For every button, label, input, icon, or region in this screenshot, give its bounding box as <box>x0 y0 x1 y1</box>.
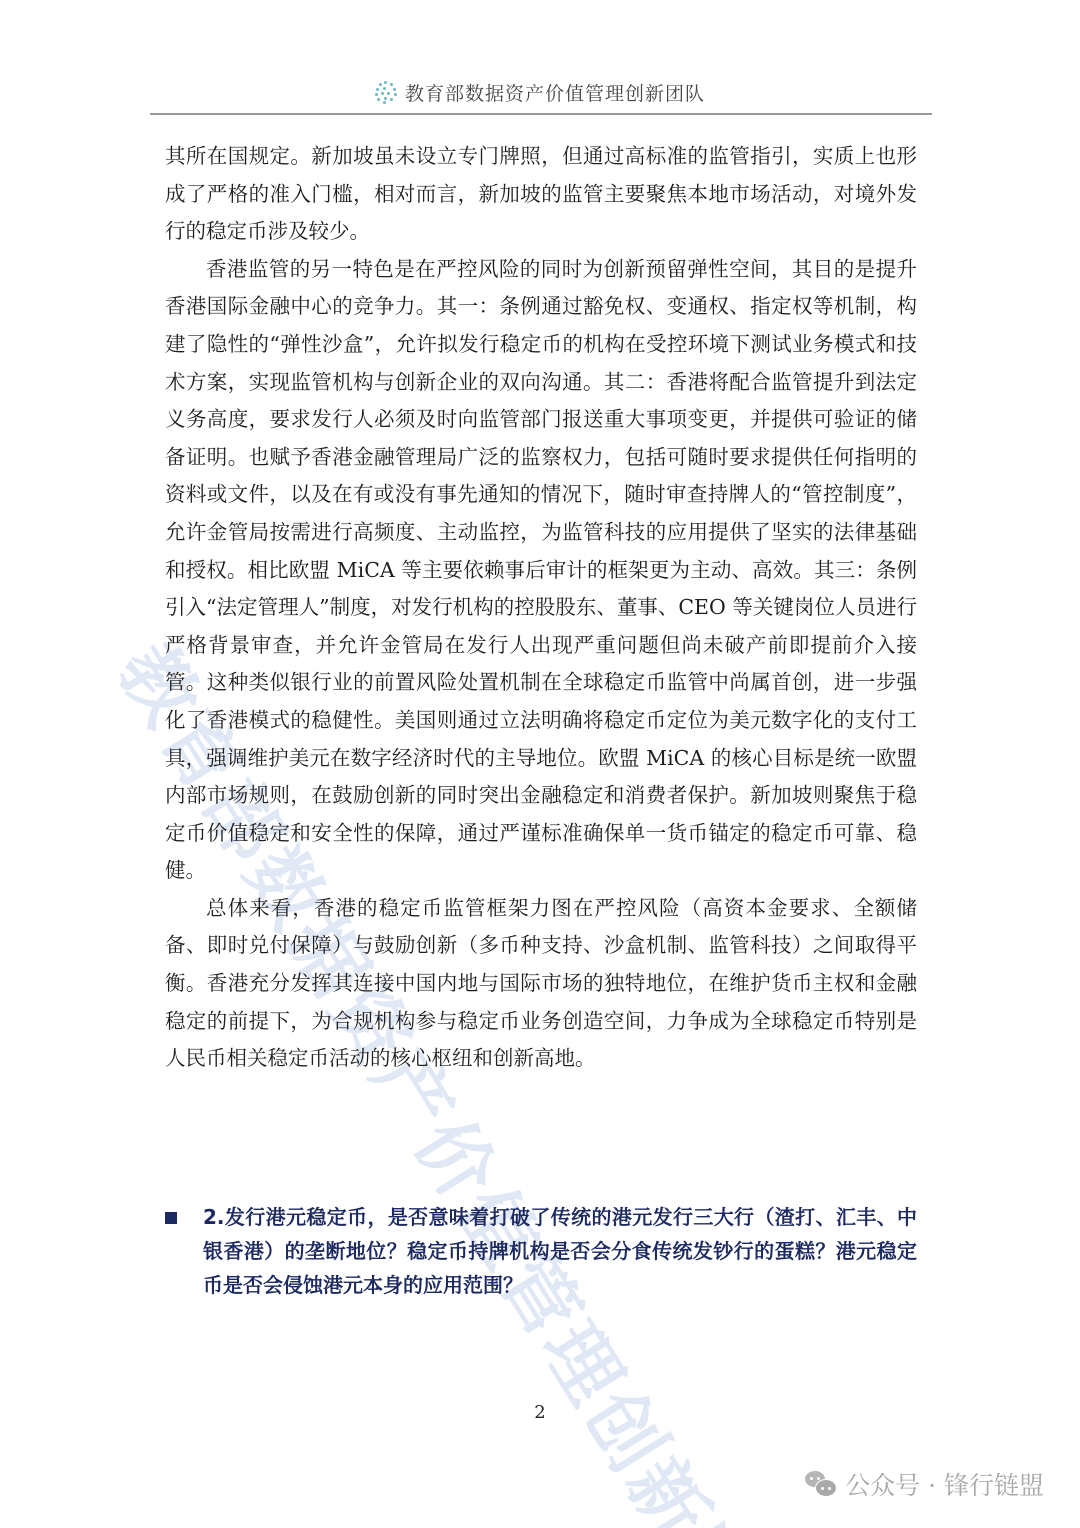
paragraph: 总体来看，香港的稳定币监管框架力图在严控风险（高资本金要求、全额储备、即时兑付保… <box>165 890 917 1078</box>
section-question-text: 2.发行港元稳定币，是否意味着打破了传统的港元发行三大行（渣打、汇丰、中银香港）… <box>203 1200 917 1302</box>
footer-brand: 公众号 · 锋行链盟 <box>805 1466 1044 1502</box>
footer-brand-text: 公众号 · 锋行链盟 <box>845 1466 1044 1502</box>
wechat-icon <box>805 1471 835 1497</box>
dotted-circle-logo-icon <box>375 81 397 103</box>
header-divider <box>150 113 932 115</box>
page-number: 2 <box>0 1402 1080 1423</box>
document-body: 其所在国规定。新加坡虽未设立专门牌照，但通过高标准的监管指引，实质上也形成了严格… <box>165 138 917 1078</box>
paragraph: 香港监管的另一特色是在严控风险的同时为创新预留弹性空间，其目的是提升香港国际金融… <box>165 251 917 890</box>
page-header: 教育部数据资产价值管理创新团队 <box>0 70 1080 114</box>
header-title: 教育部数据资产价值管理创新团队 <box>405 79 705 106</box>
square-bullet-icon <box>165 1212 177 1224</box>
section-question: 2.发行港元稳定币，是否意味着打破了传统的港元发行三大行（渣打、汇丰、中银香港）… <box>165 1200 917 1302</box>
paragraph: 其所在国规定。新加坡虽未设立专门牌照，但通过高标准的监管指引，实质上也形成了严格… <box>165 138 917 251</box>
